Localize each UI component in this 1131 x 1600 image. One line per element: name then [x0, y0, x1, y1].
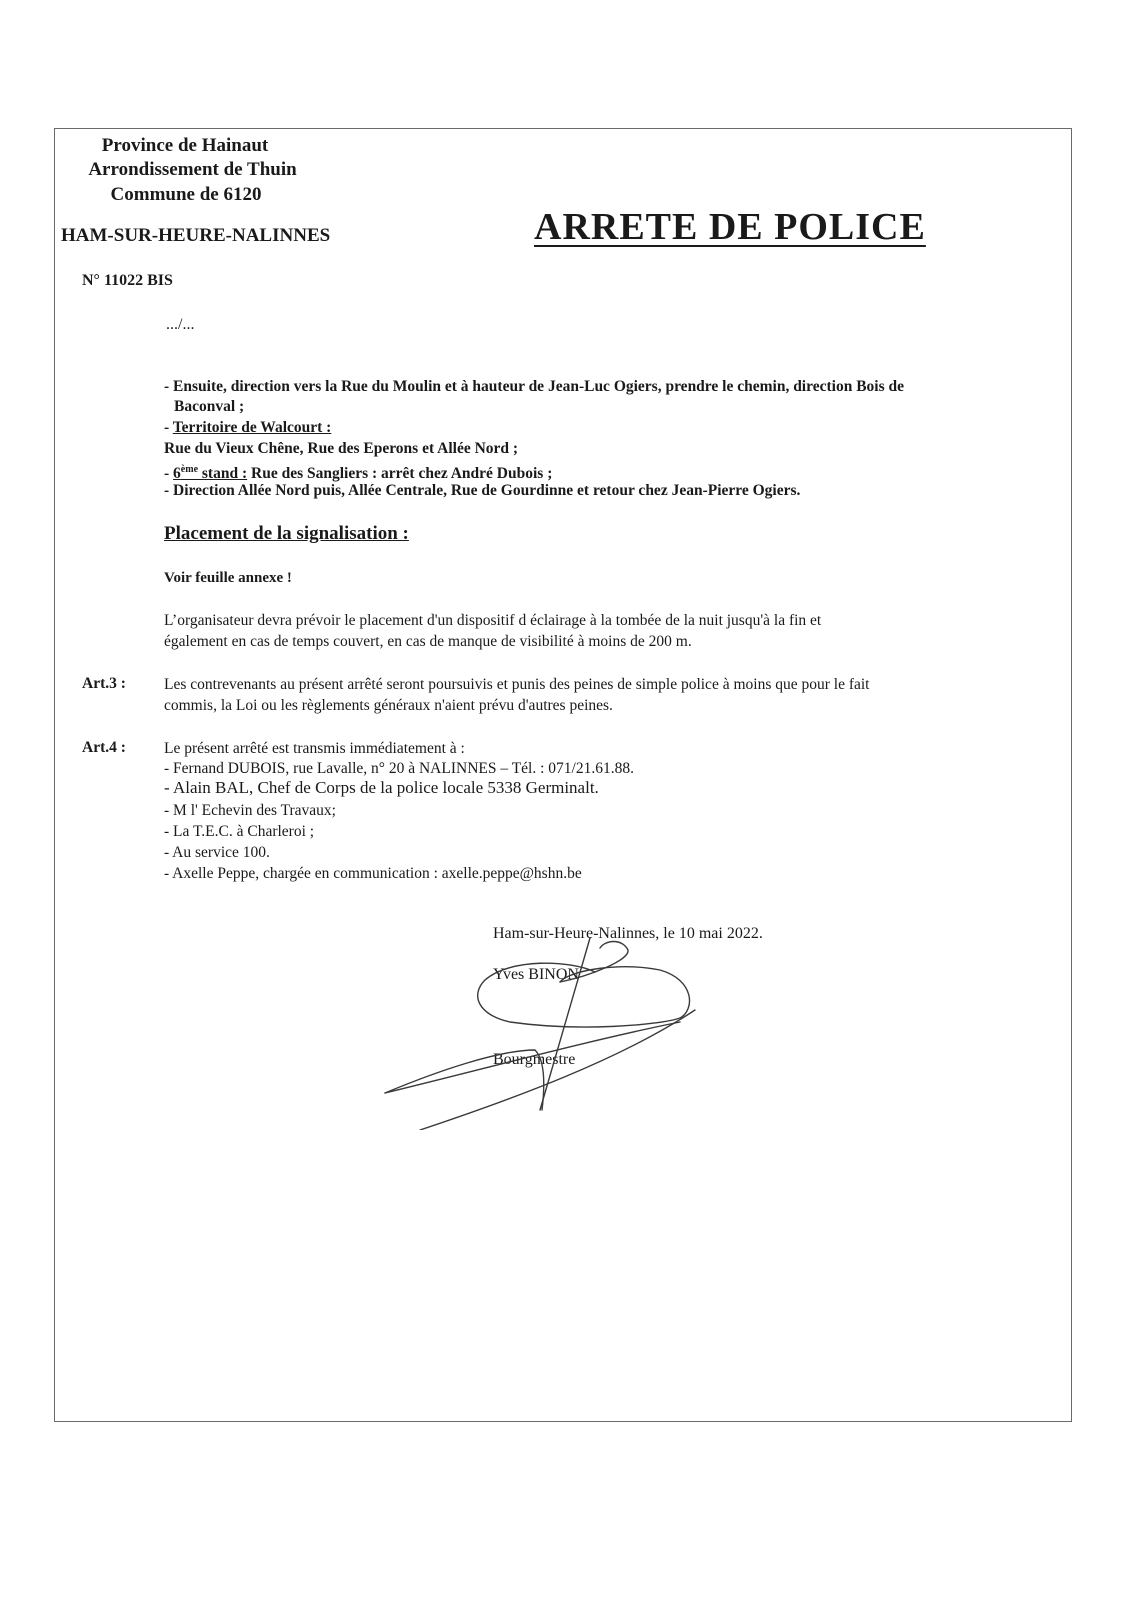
recipient-item: - Fernand DUBOIS, rue Lavalle, n° 20 à N…: [164, 758, 634, 779]
route-item: Rue du Vieux Chêne, Rue des Eperons et A…: [164, 438, 518, 459]
article-3-label: Art.3 :: [82, 675, 126, 693]
lighting-paragraph-line-1: L’organisateur devra prévoir le placemen…: [164, 610, 821, 631]
article-4-line: Le présent arrêté est transmis immédiate…: [164, 738, 465, 759]
recipient-item: - La T.E.C. à Charleroi ;: [164, 821, 314, 842]
decree-number: N° 11022 BIS: [82, 272, 173, 290]
signatory-name: Yves BINON: [493, 966, 579, 984]
continuation-mark: .../...: [166, 316, 194, 334]
recipient-item: - Au service 100.: [164, 842, 270, 863]
municipality-name: HAM-SUR-HEURE-NALINNES: [61, 224, 330, 248]
route-item: - Direction Allée Nord puis, Allée Centr…: [164, 480, 800, 501]
commune-label: Commune de 6120: [60, 183, 312, 207]
document-title: ARRETE DE POLICE: [534, 205, 926, 249]
article-4-label: Art.4 :: [82, 739, 126, 757]
signatory-role: Bourgmestre: [493, 1051, 575, 1069]
recipient-item: - M l' Echevin des Travaux;: [164, 800, 336, 821]
route-item: - Ensuite, direction vers la Rue du Moul…: [164, 376, 904, 397]
annex-note: Voir feuille annexe !: [164, 570, 292, 587]
province-label: Province de Hainaut: [60, 134, 310, 158]
article-3-line: commis, la Loi ou les règlements générau…: [164, 695, 613, 716]
signature-place-date: Ham-sur-Heure-Nalinnes, le 10 mai 2022.: [493, 925, 763, 943]
article-3-line: Les contrevenants au présent arrêté sero…: [164, 674, 869, 695]
lighting-paragraph-line-2: également en cas de temps couvert, en ca…: [164, 631, 692, 652]
route-item: - Territoire de Walcourt :: [164, 417, 331, 438]
recipient-item: - Alain BAL, Chef de Corps de la police …: [164, 777, 599, 798]
signalisation-heading: Placement de la signalisation :: [164, 523, 409, 545]
route-item-continuation: Baconval ;: [174, 396, 244, 417]
arrondissement-label: Arrondissement de Thuin: [60, 158, 325, 182]
recipient-item: - Axelle Peppe, chargée en communication…: [164, 863, 582, 884]
